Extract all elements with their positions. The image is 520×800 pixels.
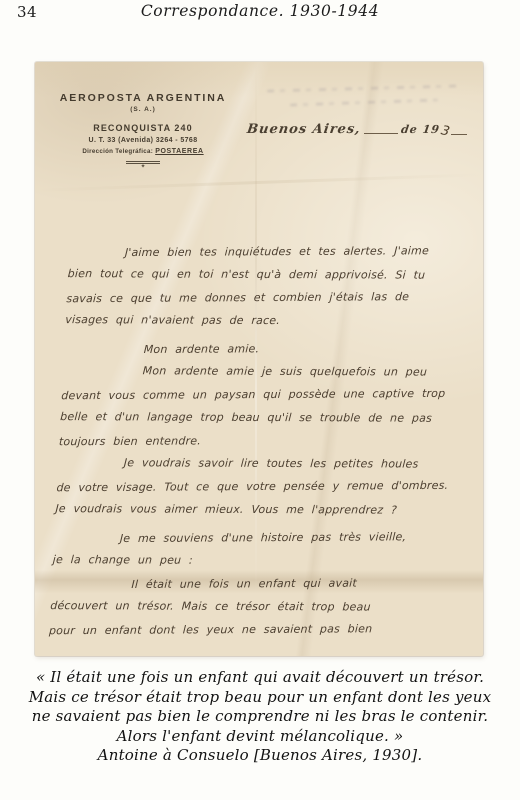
letterhead-telegraph: Dirección Telegráfica: POSTAEREA — [57, 148, 229, 155]
handwriting-line: pour un enfant dont les yeux ne savaient… — [49, 617, 460, 643]
running-head: 34 Correspondance. 1930-1944 — [0, 2, 520, 24]
handwritten-letter-body: J'aime bien tes inquiétudes et tes alert… — [48, 240, 479, 641]
handwriting-line: bien tout ce qui en toi n'est qu'à demi … — [67, 262, 478, 287]
handwriting-line: Mon ardente amie je suis quelquefois un … — [142, 359, 473, 383]
handwriting-line: Je voudrais savoir lire toutes les petit… — [123, 451, 468, 476]
letterhead-street-address: RECONQUISTA 240 — [57, 123, 229, 133]
telegraph-label: Dirección Telegráfica: — [82, 148, 153, 155]
letterhead-phone: U. T. 33 (Avenida) 3264 - 5768 — [57, 137, 229, 144]
caption-quote-line: Alors l'enfant devint mélancolique. » — [0, 727, 520, 747]
telegraph-value: POSTAEREA — [155, 148, 203, 155]
ornament-glyph-icon: ✦ — [57, 165, 229, 170]
dateline-end-rule — [451, 125, 467, 135]
letterhead-company-name: AEROPOSTA ARGENTINA — [57, 92, 229, 104]
handwriting-line: toujours bien entendre. — [58, 428, 469, 454]
handwriting-line: Je voudrais vous aimer mieux. Vous me l'… — [55, 497, 466, 522]
handwriting-line: devant vous comme un paysan qui possède … — [61, 382, 472, 408]
handwriting-line: Je me souviens d'une histoire pas très v… — [119, 525, 464, 550]
handwriting-line: J'aime bien tes inquiétudes et tes alert… — [124, 239, 479, 264]
handwriting-line: découvert un trésor. Mais ce trésor étai… — [50, 594, 461, 619]
handwriting-line: belle et d'un langage trop beau qu'il se… — [60, 405, 471, 430]
running-title: Correspondance. 1930-1944 — [0, 2, 520, 20]
handwriting-line: Mon ardente amie. — [143, 336, 474, 361]
dateline-year-prefix: de 19 — [400, 123, 441, 137]
caption: « Il était une fois un enfant qui avait … — [0, 668, 520, 766]
dateline-place: Buenos Aires, — [246, 122, 362, 137]
handwriting-line: de votre visage. Tout ce que votre pensé… — [56, 474, 467, 500]
bleedthrough-line — [290, 98, 438, 106]
handwriting-line: je la change un peu : — [52, 548, 463, 573]
caption-quote-line: « Il était une fois un enfant qui avait … — [0, 668, 520, 688]
caption-attribution: Antoine à Consuelo [Buenos Aires, 1930]. — [0, 746, 520, 766]
dateline-blank-rule — [364, 124, 398, 134]
caption-quote-line: ne savaient pas bien le comprendre ni le… — [0, 707, 520, 727]
handwriting-line: savais ce que tu me donnes et combien j'… — [66, 285, 477, 311]
caption-quote-line: Mais ce trésor était trop beau pour un e… — [0, 688, 520, 708]
bleedthrough-line — [267, 85, 457, 93]
letter-facsimile-photo: AEROPOSTA ARGENTINA (S. A.) RECONQUISTA … — [35, 62, 483, 656]
letterhead-ornament: ✦ — [57, 157, 229, 170]
letterhead: AEROPOSTA ARGENTINA (S. A.) RECONQUISTA … — [57, 92, 229, 170]
dateline: Buenos Aires, de 19 3 — [247, 122, 467, 137]
dateline-handwritten-digit: 3 — [440, 126, 450, 138]
handwriting-line: visages qui n'avaient pas de race. — [65, 308, 476, 333]
handwriting-line: Il était une fois un enfant qui avait — [131, 571, 462, 596]
paper-crease-diagonal — [35, 173, 483, 192]
letterhead-legal-form: (S. A.) — [57, 106, 229, 113]
